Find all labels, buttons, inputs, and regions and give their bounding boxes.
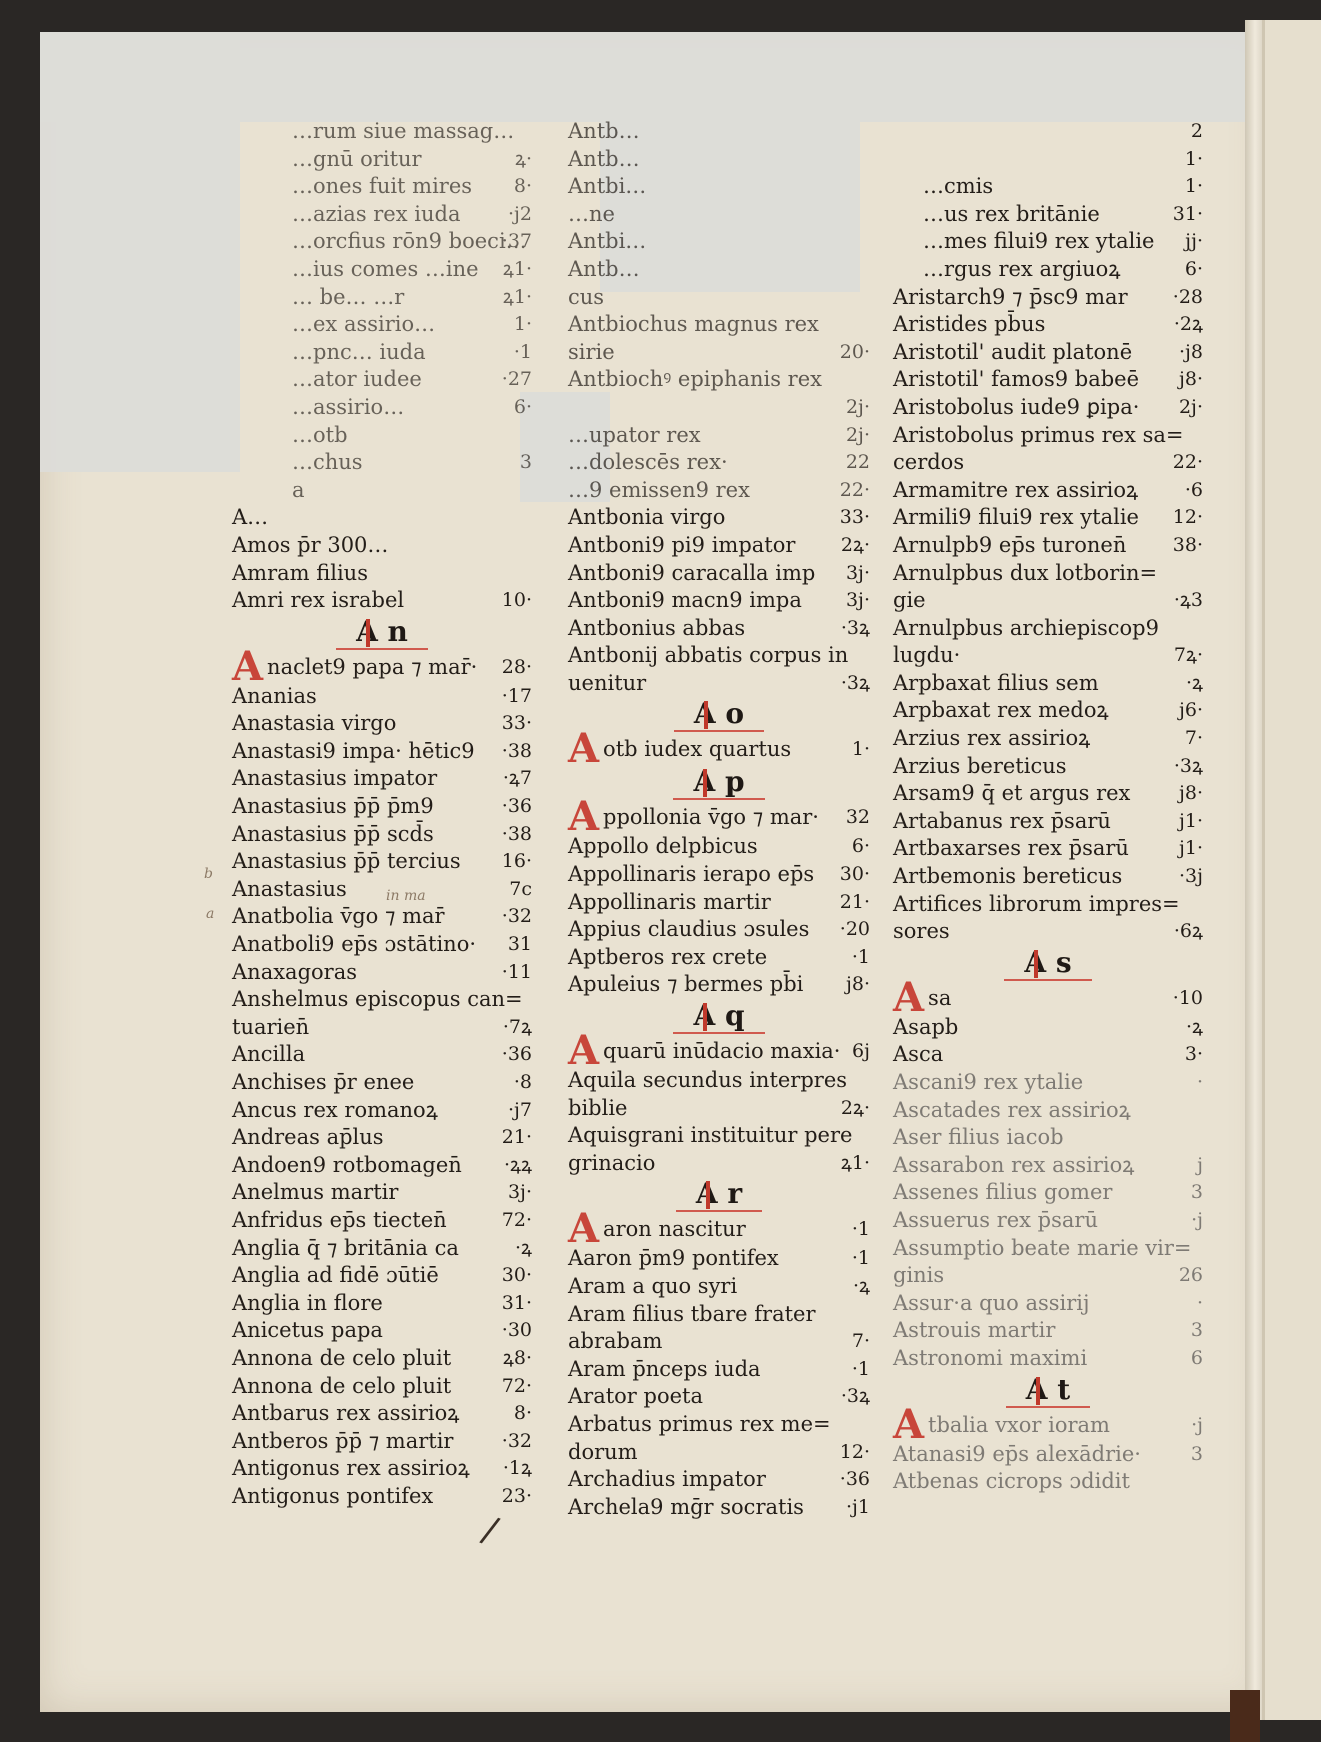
folio-reference: 22· bbox=[1173, 449, 1203, 477]
index-entry: Arsam9 q̄ et argus rexj8· bbox=[893, 780, 1203, 808]
folio-reference: j8· bbox=[1179, 780, 1203, 808]
folio-reference: 2 bbox=[1191, 118, 1203, 146]
entry-name: Antberos p̄p̄ ⁊ martir bbox=[232, 1428, 453, 1456]
entry-text: …rgus rex argiuoꝝ bbox=[923, 257, 1120, 281]
index-entry: Antb… bbox=[568, 256, 870, 284]
index-entry: cus bbox=[568, 284, 870, 312]
entry-name: Armamitre rex assirioꝝ bbox=[893, 477, 1138, 505]
index-entry: Asapb·ꝝ bbox=[893, 1014, 1203, 1042]
entry-text: Assuerus rex p̄sarū bbox=[893, 1208, 1098, 1232]
entry-text: …upator rex bbox=[568, 423, 701, 447]
folio-reference: j8· bbox=[846, 971, 870, 999]
entry-text: Appollinaris ierapo ep̄s bbox=[568, 862, 814, 886]
index-entry-continuation: tuarien̄·7ꝝ bbox=[232, 1014, 532, 1042]
index-entry: …upator rex2j· bbox=[568, 422, 870, 450]
index-entry: …ator iudee·27 bbox=[292, 366, 532, 394]
entry-name: Arnulpbus archiepiscop9 bbox=[893, 615, 1159, 643]
entry-text: Anastasius bbox=[232, 877, 347, 901]
index-entry: Antbarus rex assirioꝝ8· bbox=[232, 1400, 532, 1428]
entry-name: …ex assirio… bbox=[292, 311, 435, 339]
folio-reference: · bbox=[1197, 1290, 1203, 1318]
entry-name: Ancilla bbox=[232, 1041, 305, 1069]
entry-text: naclet9 papa ⁊ mar̄· bbox=[267, 655, 477, 679]
folio-reference: 23· bbox=[502, 1483, 532, 1511]
folio-reference: ·ꝝ3 bbox=[1174, 587, 1203, 615]
section-heading: A t bbox=[893, 1373, 1203, 1409]
entry-text: Anatboli9 ep̄s ɔstātino· bbox=[232, 932, 476, 956]
folio-reference: 26 bbox=[1179, 1262, 1203, 1290]
entry-text: …9 emissen9 rex bbox=[568, 478, 750, 502]
index-entry: Antboni9 macn9 impa3j· bbox=[568, 587, 870, 615]
entry-text: grinacio bbox=[568, 1151, 655, 1175]
folio-reference: ·j bbox=[1191, 1207, 1203, 1235]
index-entry: Amram filius bbox=[232, 560, 532, 588]
entry-name: Aristides pb̄us bbox=[893, 311, 1045, 339]
folio-reference: 6· bbox=[1185, 256, 1203, 284]
index-entry-continuation: abrabam7· bbox=[568, 1328, 870, 1356]
entry-text: …pnc… iuda bbox=[292, 340, 426, 364]
entry-name: Anaxagoras bbox=[232, 959, 357, 987]
section-heading: A p bbox=[568, 765, 870, 801]
paper-repair-left bbox=[40, 32, 240, 472]
index-entry: Artabanus rex p̄sarūj1· bbox=[893, 808, 1203, 836]
entry-text: Arnulpbus archiepiscop9 bbox=[893, 616, 1159, 640]
entry-text: Armamitre rex assirioꝝ bbox=[893, 478, 1138, 502]
folio-reference: ·3ꝝ bbox=[841, 670, 870, 698]
entry-text: Antbiochꝰ epiphanis rex bbox=[568, 367, 822, 391]
index-entry: Aaron nascitur·1 bbox=[568, 1213, 870, 1245]
folio-reference: ·1 bbox=[852, 1356, 870, 1384]
folio-reference: 7ꝝ· bbox=[1174, 642, 1203, 670]
entry-text: sores bbox=[893, 919, 950, 943]
folio-reference: ·1 bbox=[514, 339, 532, 367]
folio-reference: j6· bbox=[1179, 697, 1203, 725]
left-top-fragment: …rum siue massag……gnū oriturꝝ·…ones fuit… bbox=[232, 118, 532, 504]
index-entry: …otb bbox=[292, 422, 532, 450]
index-entry: …mes filui9 rex ytaliejj· bbox=[923, 228, 1203, 256]
index-entry-continuation: grinacioꝝ1· bbox=[568, 1150, 870, 1178]
folio-reference: 2ꝝ· bbox=[841, 1095, 870, 1123]
index-entry: Archadius impator·36 bbox=[568, 1466, 870, 1494]
entry-text: Anchises p̄r enee bbox=[232, 1070, 414, 1094]
folio-reference: ·32 bbox=[502, 903, 532, 931]
entry-text: Aquila secundus interpres bbox=[568, 1068, 847, 1092]
folio-reference: ·8 bbox=[514, 1069, 532, 1097]
folio-reference: 7· bbox=[852, 1328, 870, 1356]
entry-name: Atanasi9 ep̄s alexādrie· bbox=[893, 1441, 1141, 1469]
entry-name: Apuleius ⁊ bermes pb̄i bbox=[568, 971, 803, 999]
entry-name: Anshelmus episcopus can= bbox=[232, 986, 523, 1014]
middle-entries-before-sections: Antbonia virgo33·Antboni9 pi9 impator2ꝝ·… bbox=[568, 504, 870, 697]
entry-name: …gnū oritur bbox=[292, 146, 422, 174]
index-entry: Appius claudius ɔsules·20 bbox=[568, 916, 870, 944]
folio-reference: ꝝ· bbox=[515, 146, 532, 174]
folio-reference: ·1 bbox=[852, 1213, 870, 1245]
index-entry: Armamitre rex assirioꝝ·6 bbox=[893, 477, 1203, 505]
folio-reference: ·38 bbox=[502, 738, 532, 766]
folio-reference: j bbox=[1197, 1152, 1203, 1180]
entry-name: cus bbox=[568, 284, 604, 312]
index-entry: Amos p̄r 300… bbox=[232, 532, 532, 560]
entry-name: Aram p̄nceps iuda bbox=[568, 1356, 761, 1384]
entry-name: Anastasia virgo bbox=[232, 710, 396, 738]
entry-text: Antbarus rex assirioꝝ bbox=[232, 1401, 459, 1425]
column-middle: Antb…Antb…Antbi……neAntbi…Antb…cusAntbioc… bbox=[568, 118, 870, 1521]
entry-name: Arsam9 q̄ et argus rex bbox=[893, 780, 1130, 808]
entry-name: sores bbox=[893, 918, 950, 946]
entry-text: Antbonius abbas bbox=[568, 616, 745, 640]
entry-text: Annona de celo pluit bbox=[232, 1346, 451, 1370]
folio-reference: 1· bbox=[1185, 146, 1203, 174]
entry-text: Anshelmus episcopus can= bbox=[232, 987, 523, 1011]
folio-reference: 31 bbox=[508, 931, 532, 959]
folio-reference: ·7ꝝ bbox=[503, 1014, 532, 1042]
entry-name: Ancus rex romanoꝝ bbox=[232, 1097, 438, 1125]
folio-reference: 8· bbox=[514, 1400, 532, 1428]
entry-text: A… bbox=[232, 505, 268, 529]
index-entry-continuation: uenitur·3ꝝ bbox=[568, 670, 870, 698]
index-entry: Anaxagoras·11 bbox=[232, 959, 532, 987]
entry-text: ppollonia v̄go ⁊ mar· bbox=[603, 805, 819, 829]
entry-text: otb iudex quartus bbox=[603, 737, 791, 761]
entry-name: Atbenas cicrops ɔdidit bbox=[893, 1468, 1130, 1496]
folio-reference: 30· bbox=[502, 1262, 532, 1290]
folio-reference: 3 bbox=[1191, 1441, 1203, 1469]
entry-name: Antbi… bbox=[568, 228, 646, 256]
entry-text: Ancus rex romanoꝝ bbox=[232, 1098, 438, 1122]
entry-text: dorum bbox=[568, 1440, 638, 1464]
entry-text: Archadius impator bbox=[568, 1467, 766, 1491]
entry-name: Anfridus ep̄s tiecten̄ bbox=[232, 1207, 447, 1235]
index-entry: Archela9 mḡr socratis·j1 bbox=[568, 1494, 870, 1522]
entry-text: ginis bbox=[893, 1263, 944, 1287]
index-entry: Anglia in flore31· bbox=[232, 1290, 532, 1318]
entry-text: Arzius rex assirioꝝ bbox=[893, 726, 1090, 750]
section-heading: A r bbox=[568, 1177, 870, 1213]
right-top-fragment: 21·…cmis1·…us rex britānie31·…mes filui9… bbox=[893, 118, 1203, 284]
entry-name: Antigonus pontifex bbox=[232, 1483, 433, 1511]
index-entry: Appollinaris martir21· bbox=[568, 889, 870, 917]
marginal-note-b: b bbox=[204, 866, 213, 882]
entry-text: … be… …r bbox=[292, 285, 404, 309]
entry-text: Arnulpbus dux lotborin= bbox=[893, 561, 1157, 585]
entry-name: Arpbaxat filius sem bbox=[893, 670, 1099, 698]
entry-name: Aristotil' famos9 babeē bbox=[893, 366, 1139, 394]
folio-reference: 3 bbox=[520, 449, 532, 477]
entry-name: Astrouis martir bbox=[893, 1317, 1055, 1345]
index-entry: Anatbolia v̄go ⁊ mar̄·32 bbox=[232, 903, 532, 931]
folio-reference: ·j bbox=[1191, 1409, 1203, 1441]
index-entry: Anshelmus episcopus can= bbox=[232, 986, 532, 1014]
entry-name: Anglia in flore bbox=[232, 1290, 383, 1318]
folio-reference: 1· bbox=[1185, 173, 1203, 201]
folio-reference: 31· bbox=[502, 1290, 532, 1318]
entry-name: …ius comes …ine bbox=[292, 256, 479, 284]
index-entry: Aaron p̄m9 pontifex·1 bbox=[568, 1245, 870, 1273]
index-entry: Anastasia virgo33· bbox=[232, 710, 532, 738]
index-entry-continuation: sores·6ꝝ bbox=[893, 918, 1203, 946]
entry-name: Andoen9 rotbomagen̄ bbox=[232, 1152, 462, 1180]
entry-name: Asca bbox=[893, 1041, 943, 1069]
entry-text: Arsam9 q̄ et argus rex bbox=[893, 781, 1130, 805]
index-entry: Asca3· bbox=[893, 1041, 1203, 1069]
entry-name: A… bbox=[232, 504, 268, 532]
entry-name: Arbatus primus rex me= bbox=[568, 1411, 831, 1439]
entry-name: Arzius bereticus bbox=[893, 753, 1067, 781]
index-entry: Antbiochus magnus rex bbox=[568, 311, 870, 339]
entry-name: a bbox=[292, 477, 305, 505]
folio-reference: 38· bbox=[1173, 532, 1203, 560]
index-entry: 2j· bbox=[568, 394, 870, 422]
index-entry: Artbemonis bereticus·3j bbox=[893, 863, 1203, 891]
entry-name: Anglia ad fidē ɔūtiē bbox=[232, 1262, 439, 1290]
index-entry: Anglia ad fidē ɔūtiē30· bbox=[232, 1262, 532, 1290]
entry-text: Armili9 filui9 rex ytalie bbox=[893, 505, 1139, 529]
entry-text: Aristotil' audit platonē bbox=[893, 340, 1132, 364]
entry-text: Amos p̄r 300… bbox=[232, 533, 388, 557]
folio-reference: ꝝ1· bbox=[503, 284, 532, 312]
index-entry: Aristobolus primus rex sa= bbox=[893, 422, 1203, 450]
section-heading-label: A t bbox=[1006, 1373, 1090, 1408]
index-entry: Aristides pb̄us·2ꝝ bbox=[893, 311, 1203, 339]
folio-reference: ·6ꝝ bbox=[1174, 918, 1203, 946]
section-heading-label: A r bbox=[676, 1177, 762, 1212]
entry-text: Anfridus ep̄s tiecten̄ bbox=[232, 1208, 447, 1232]
entry-name: Aristotil' audit platonē bbox=[893, 339, 1132, 367]
folio-reference: 6 bbox=[1191, 1345, 1203, 1373]
entry-name: uenitur bbox=[568, 670, 646, 698]
index-entry: Ancus rex romanoꝝ·j7 bbox=[232, 1097, 532, 1125]
folio-reference: 10· bbox=[502, 587, 532, 615]
entry-text: …mes filui9 rex ytalie bbox=[923, 229, 1154, 253]
index-entry: Apuleius ⁊ bermes pb̄ij8· bbox=[568, 971, 870, 999]
folio-reference: 21· bbox=[840, 889, 870, 917]
folio-reference: ·3j bbox=[1179, 863, 1203, 891]
index-entry: …dolescēs rex·22 bbox=[568, 449, 870, 477]
entry-text: Astrouis martir bbox=[893, 1318, 1055, 1342]
index-entry: Andoen9 rotbomagen̄·ꝝꝝ bbox=[232, 1152, 532, 1180]
entry-name: Aptberos rex crete bbox=[568, 944, 767, 972]
entry-name: Anaclet9 papa ⁊ mar̄· bbox=[232, 651, 477, 683]
entry-name: Arator poeta bbox=[568, 1383, 703, 1411]
index-entry: Ascani9 rex ytalie· bbox=[893, 1069, 1203, 1097]
entry-name: Arnulpb9 ep̄s turonen̄ bbox=[893, 532, 1126, 560]
entry-text: tuarien̄ bbox=[232, 1015, 309, 1039]
folio-reference: ·27 bbox=[502, 366, 532, 394]
entry-name: …9 emissen9 rex bbox=[568, 477, 750, 505]
entry-name: dorum bbox=[568, 1439, 638, 1467]
entry-text: Assarabon rex assirioꝝ bbox=[893, 1153, 1134, 1177]
entry-text: Artifices librorum impres= bbox=[893, 892, 1180, 916]
entry-name: Anastasius bbox=[232, 876, 347, 904]
entry-name: sirie bbox=[568, 339, 615, 367]
right-entries-before-section: Aristarch9 ⁊ p̄sc9 mar·28Aristides pb̄us… bbox=[893, 284, 1203, 946]
index-entry: Arator poeta·3ꝝ bbox=[568, 1383, 870, 1411]
entry-name: …pnc… iuda bbox=[292, 339, 426, 367]
index-entry: Anastasius impator·ꝝ7 bbox=[232, 765, 532, 793]
index-entry: Atbalia vxor ioram·j bbox=[893, 1409, 1203, 1441]
entry-text: Atanasi9 ep̄s alexādrie· bbox=[893, 1442, 1141, 1466]
entry-name: Appollinaris martir bbox=[568, 889, 771, 917]
entry-text: aron nascitur bbox=[603, 1217, 746, 1241]
folio-reference: ·j8 bbox=[1179, 339, 1203, 367]
entry-text: Anelmus martir bbox=[232, 1180, 398, 1204]
index-entry: Artifices librorum impres= bbox=[893, 891, 1203, 919]
entry-name: grinacio bbox=[568, 1150, 655, 1178]
index-entry: …gnū oriturꝝ· bbox=[292, 146, 532, 174]
index-entry: Anfridus ep̄s tiecten̄72· bbox=[232, 1207, 532, 1235]
folio-reference: 20· bbox=[840, 339, 870, 367]
entry-name: Antb… bbox=[568, 118, 640, 146]
entry-text: Artbemonis bereticus bbox=[893, 864, 1122, 888]
entry-name: Artabanus rex p̄sarū bbox=[893, 808, 1111, 836]
entry-name: Antbonius abbas bbox=[568, 615, 745, 643]
folio-reference: ·28 bbox=[1173, 284, 1203, 312]
entry-name: Arnulpbus dux lotborin= bbox=[893, 560, 1157, 588]
index-entry-continuation: gie·ꝝ3 bbox=[893, 587, 1203, 615]
entry-text: …orcfius rōn9 boeci… bbox=[292, 229, 527, 253]
index-entry: Atanasi9 ep̄s alexādrie·3 bbox=[893, 1441, 1203, 1469]
entry-text: sirie bbox=[568, 340, 615, 364]
index-entry: Aotb iudex quartus1· bbox=[568, 733, 870, 765]
index-entry: …ius comes …ineꝝ1· bbox=[292, 256, 532, 284]
index-entry: Antboni9 caracalla imp3j· bbox=[568, 560, 870, 588]
folio-reference: 2j· bbox=[1179, 394, 1203, 422]
index-entry: Aram a quo syri·ꝝ bbox=[568, 1273, 870, 1301]
entry-name: Amos p̄r 300… bbox=[232, 532, 388, 560]
folio-reference: ·11 bbox=[502, 959, 532, 987]
entry-text: …us rex britānie bbox=[923, 202, 1100, 226]
index-entry: Assur·a quo assirij· bbox=[893, 1290, 1203, 1318]
entry-text: Aristotil' famos9 babeē bbox=[893, 367, 1139, 391]
index-entry: …chus3 bbox=[292, 449, 532, 477]
folio-reference: 8· bbox=[514, 173, 532, 201]
section-heading-label: A q bbox=[673, 999, 764, 1034]
index-entry: Anastasius p̄p̄ scd̄s·38 bbox=[232, 821, 532, 849]
entry-name: …otb bbox=[292, 422, 348, 450]
folio-reference: jj· bbox=[1185, 228, 1203, 256]
entry-name: Aristarch9 ⁊ p̄sc9 mar bbox=[893, 284, 1128, 312]
index-entry: Assumptio beate marie vir= bbox=[893, 1235, 1203, 1263]
index-entry: Antigonus rex assirioꝝ·1ꝝ bbox=[232, 1455, 532, 1483]
entry-text: Ascatades rex assirioꝝ bbox=[893, 1098, 1131, 1122]
entry-text: Arpbaxat rex medoꝝ bbox=[893, 698, 1109, 722]
entry-name: Amri rex israbel bbox=[232, 587, 404, 615]
index-entry: Anastasius p̄p̄ p̄m9·36 bbox=[232, 793, 532, 821]
index-entry: Anicetus papa·30 bbox=[232, 1317, 532, 1345]
entry-name: Aram filius tbare frater bbox=[568, 1301, 816, 1329]
index-entry: Antberos p̄p̄ ⁊ martir·32 bbox=[232, 1428, 532, 1456]
index-entry: Arbatus primus rex me= bbox=[568, 1411, 870, 1439]
entry-text: Archela9 mḡr socratis bbox=[568, 1495, 804, 1519]
entry-text: Aram a quo syri bbox=[568, 1274, 737, 1298]
index-entry: Aquarū inūdacio maxia·6j bbox=[568, 1035, 870, 1067]
index-entry: Anglia q̄ ⁊ britānia ca·ꝝ bbox=[232, 1235, 532, 1263]
folio-reference: 33· bbox=[840, 504, 870, 532]
folio-reference: 1· bbox=[514, 311, 532, 339]
index-entry: A… bbox=[232, 504, 532, 532]
facing-page-edge bbox=[1262, 20, 1321, 1720]
index-entry: Aquisgrani instituitur pere bbox=[568, 1122, 870, 1150]
folio-reference: 16· bbox=[502, 848, 532, 876]
folio-reference: j1· bbox=[1179, 808, 1203, 836]
index-entry: Armili9 filui9 rex ytalie12· bbox=[893, 504, 1203, 532]
entry-name: Aquila secundus interpres bbox=[568, 1067, 847, 1095]
entry-text: …gnū oritur bbox=[292, 147, 422, 171]
entry-name: Antbiochꝰ epiphanis rex bbox=[568, 366, 822, 394]
index-entry: Anelmus martir3j· bbox=[232, 1179, 532, 1207]
folio-reference: 12· bbox=[1173, 504, 1203, 532]
entry-name: Anglia q̄ ⁊ britānia ca bbox=[232, 1235, 459, 1263]
folio-reference: 3· bbox=[1185, 1041, 1203, 1069]
entry-text: Aquisgrani instituitur pere bbox=[568, 1123, 852, 1147]
folio-reference: ·10 bbox=[1173, 982, 1203, 1014]
index-entry: Antb… bbox=[568, 146, 870, 174]
entry-text: Appollinaris martir bbox=[568, 890, 771, 914]
entry-text: Antb… bbox=[568, 119, 640, 143]
entry-name: Artifices librorum impres= bbox=[893, 891, 1180, 919]
folio-reference: ·3ꝝ bbox=[841, 615, 870, 643]
entry-name: Arpbaxat rex medoꝝ bbox=[893, 697, 1109, 725]
index-entry: Antbi… bbox=[568, 228, 870, 256]
index-entry-continuation: ginis26 bbox=[893, 1262, 1203, 1290]
entry-text: Aristobolus iude9 ꝑipa· bbox=[893, 395, 1139, 419]
folio-reference: ·2ꝝ bbox=[1174, 311, 1203, 339]
folio-reference: 6· bbox=[514, 394, 532, 422]
index-entry: sirie20· bbox=[568, 339, 870, 367]
folio-reference: ·j7 bbox=[508, 1097, 532, 1125]
index-entry: a bbox=[292, 477, 532, 505]
entry-name: ginis bbox=[893, 1262, 944, 1290]
entry-name: Anastasius p̄p̄ tercius bbox=[232, 848, 461, 876]
entry-text: Apuleius ⁊ bermes pb̄i bbox=[568, 972, 803, 996]
folio-reference: 6j bbox=[852, 1035, 870, 1067]
index-entry-continuation: dorum12· bbox=[568, 1439, 870, 1467]
index-entry: Arnulpbus archiepiscop9 bbox=[893, 615, 1203, 643]
index-entry: Antbi… bbox=[568, 173, 870, 201]
entry-name: Ananias bbox=[232, 683, 317, 711]
section-heading: A o bbox=[568, 697, 870, 733]
folio-reference: ·1ꝝ bbox=[503, 1455, 532, 1483]
folio-reference: 22· bbox=[840, 477, 870, 505]
folio-reference: ·ꝝꝝ bbox=[504, 1152, 532, 1180]
entry-text: Appollo delpbicus bbox=[568, 834, 758, 858]
entry-name: …ne bbox=[568, 201, 615, 229]
entry-name: Aaron p̄m9 pontifex bbox=[568, 1245, 779, 1273]
entry-text: Arpbaxat filius sem bbox=[893, 671, 1099, 695]
folio-reference: ꝝ8· bbox=[503, 1345, 532, 1373]
folio-reference: 72· bbox=[502, 1207, 532, 1235]
folio-reference: ·ꝝ bbox=[1186, 1014, 1203, 1042]
entry-text: …ones fuit mires bbox=[292, 174, 472, 198]
entry-text: Assumptio beate marie vir= bbox=[893, 1236, 1192, 1260]
entry-text: …chus bbox=[292, 450, 363, 474]
entry-text: Arnulpb9 ep̄s turonen̄ bbox=[893, 533, 1126, 557]
entry-name: Appollo delpbicus bbox=[568, 833, 758, 861]
entry-text: Aristarch9 ⁊ p̄sc9 mar bbox=[893, 285, 1128, 309]
entry-text: Anastasius p̄p̄ tercius bbox=[232, 849, 461, 873]
entry-text: Arbatus primus rex me= bbox=[568, 1412, 831, 1436]
entry-name: Ascatades rex assirioꝝ bbox=[893, 1097, 1131, 1125]
index-entry: Arnulpbus dux lotborin= bbox=[893, 560, 1203, 588]
section-heading-label: A p bbox=[673, 765, 764, 800]
entry-name: Assumptio beate marie vir= bbox=[893, 1235, 1192, 1263]
entry-name: tuarien̄ bbox=[232, 1014, 309, 1042]
entry-text: …ator iudee bbox=[292, 367, 422, 391]
entry-name: Antbiochus magnus rex bbox=[568, 311, 819, 339]
entry-name: Antboni9 macn9 impa bbox=[568, 587, 802, 615]
entry-text: Appius claudius ɔsules bbox=[568, 917, 809, 941]
